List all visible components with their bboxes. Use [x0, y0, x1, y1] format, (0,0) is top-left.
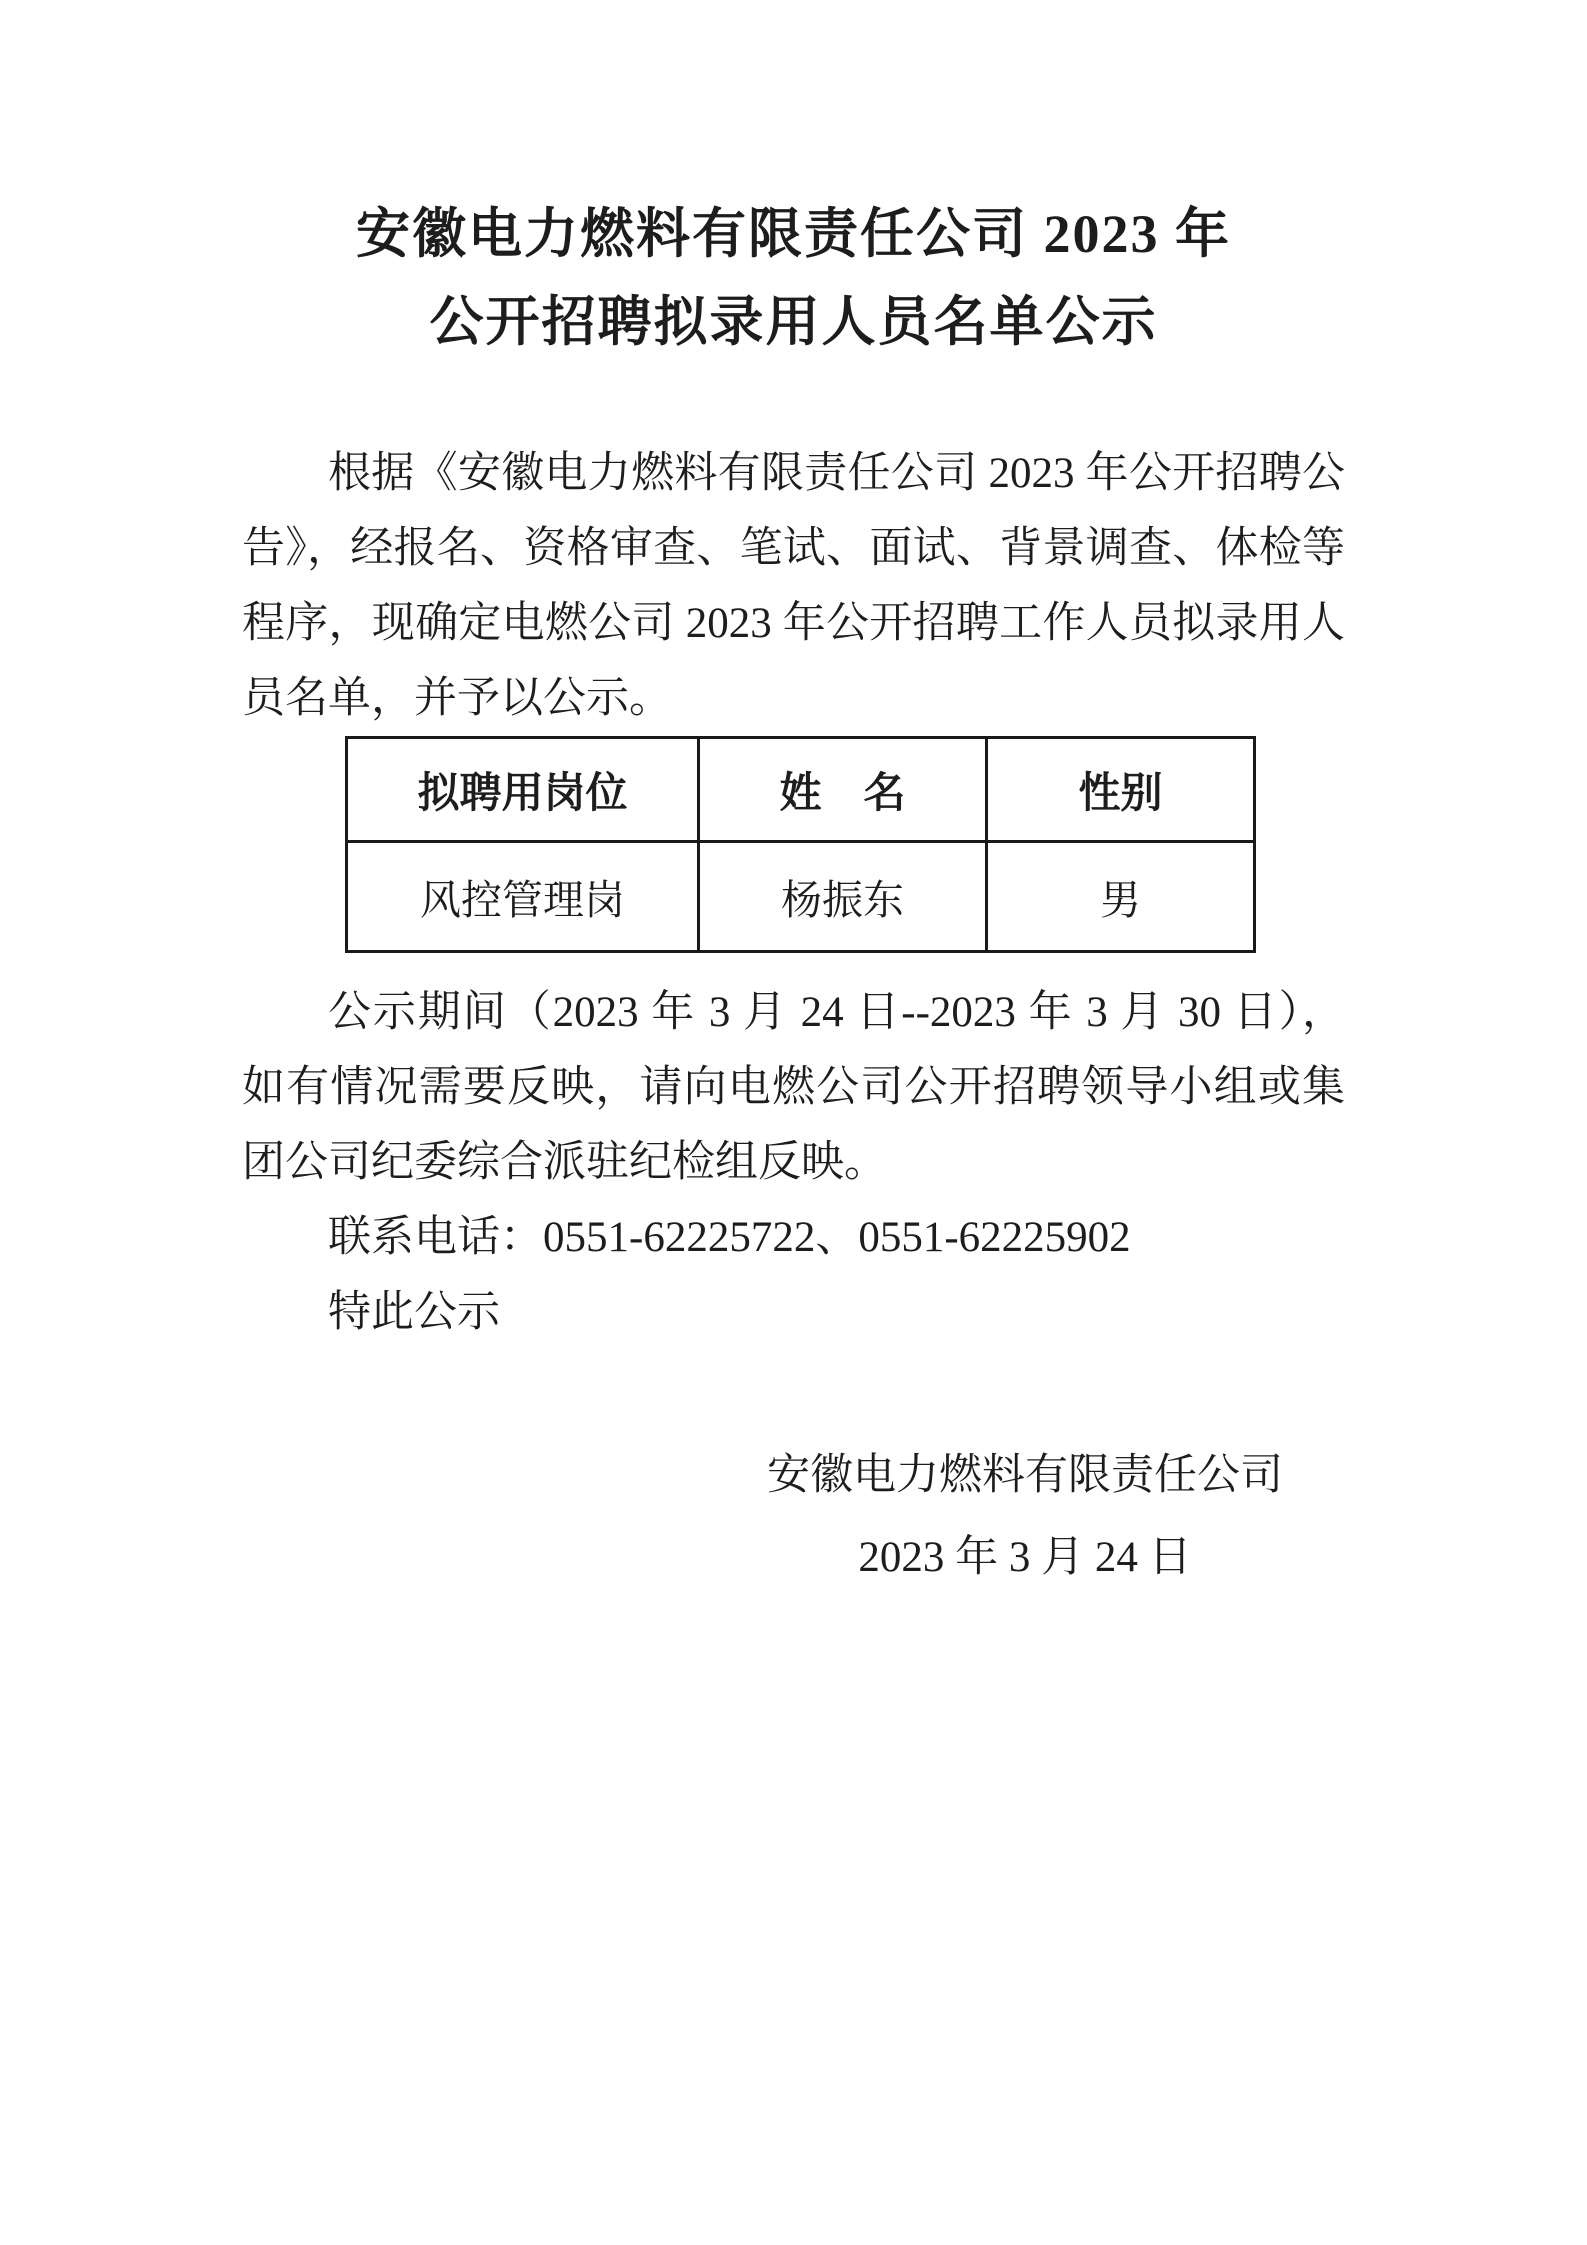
- page-title-line-2: 公开招聘拟录用人员名单公示: [242, 278, 1345, 366]
- table-header-position: 拟聘用岗位: [347, 738, 699, 842]
- signature-block: 安徽电力燃料有限责任公司 2023 年 3 月 24 日: [760, 1435, 1290, 1599]
- table-row: 风控管理岗 杨振东 男: [347, 842, 1255, 952]
- table-header-gender: 性别: [987, 738, 1255, 842]
- signature-date: 2023 年 3 月 24 日: [760, 1517, 1290, 1599]
- document-page: 安徽电力燃料有限责任公司 2023 年 公开招聘拟录用人员名单公示 根据《安徽电…: [0, 0, 1587, 2245]
- table-header-row: 拟聘用岗位 姓 名 性别: [347, 738, 1255, 842]
- page-title-line-1: 安徽电力燃料有限责任公司 2023 年: [242, 190, 1345, 278]
- table-cell-name: 杨振东: [699, 842, 987, 952]
- contact-phone-line: 联系电话：0551-62225722、0551-62225902: [242, 1200, 1345, 1275]
- candidate-table: 拟聘用岗位 姓 名 性别 风控管理岗 杨振东 男: [345, 736, 1256, 953]
- table-cell-gender: 男: [987, 842, 1255, 952]
- intro-paragraph: 根据《安徽电力燃料有限责任公司 2023 年公开招聘公告》，经报名、资格审查、笔…: [242, 436, 1345, 736]
- table-cell-position: 风控管理岗: [347, 842, 699, 952]
- table-header-name: 姓 名: [699, 738, 987, 842]
- closing-line: 特此公示: [242, 1275, 1345, 1350]
- signature-company: 安徽电力燃料有限责任公司: [760, 1435, 1290, 1517]
- page-title: 安徽电力燃料有限责任公司 2023 年 公开招聘拟录用人员名单公示: [242, 0, 1345, 366]
- notice-period-paragraph: 公示期间（2023 年 3 月 24 日--2023 年 3 月 30 日），如…: [242, 975, 1345, 1200]
